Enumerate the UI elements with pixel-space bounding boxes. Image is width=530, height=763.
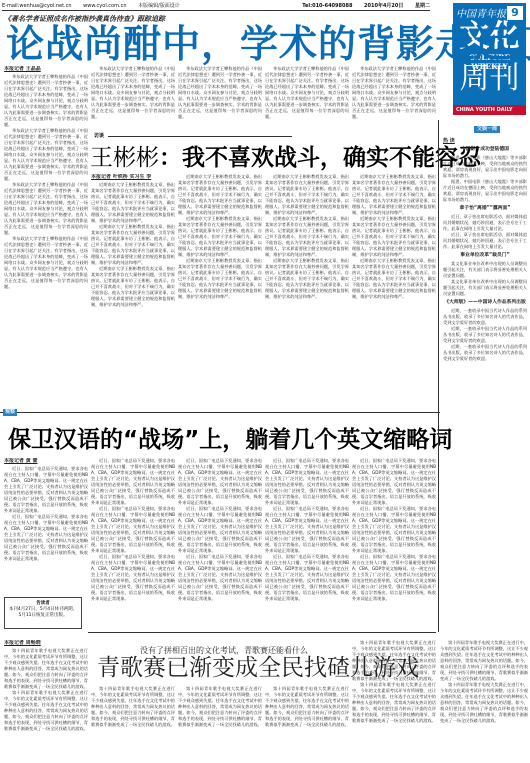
divider: [108, 136, 292, 137]
article4-col3: 第十四届青年歌手电视大奖赛正在进行中，今年的文化素质考试环节有所调整，这让不少观…: [178, 686, 262, 763]
article4-byline: 本报记者 周畅晓: [4, 640, 88, 646]
article4-col1: 本报记者 周畅晓 第十四届青年歌手电视大奖赛正在进行中，今年的文化素质考试环节有…: [4, 640, 88, 763]
article1-col3: 华东政法大学学者王攀称他的作品《中国近代法律思想史》遭到另一学者抄袭一事，近日在…: [178, 66, 262, 134]
notice-text: 本刊4月27日、5月4日休刊两期，5月11日恢复正常出版。: [8, 607, 78, 619]
header-editors: 本版编辑/版面设计: [138, 3, 180, 9]
section-title-bottom: 周刊: [453, 63, 526, 95]
article4-col6: 第十四届青年歌手电视大奖赛正在进行中，今年的文化素质考试环节有所调整，这让不少观…: [440, 640, 528, 763]
article3-col1: 本报记者 黄 蕾 近日，国家广电总局下发通知，要求各电视台在主持人口播、字幕中尽…: [4, 458, 88, 594]
article3-col3: 近日，国家广电总局下发通知，要求各电视台在主持人口播、字幕中尽量避免使用NBA、…: [178, 458, 262, 628]
header-weekday: 星期二: [415, 3, 430, 9]
article1-col2: 华东政法大学学者王攀称他的作品《中国近代法律思想史》遭到另一学者抄袭一事，近日在…: [91, 66, 175, 134]
sidebar-label: 文娱一周: [474, 126, 500, 133]
header-email: E-mail:wenhua@cyol.net.cn: [2, 3, 72, 9]
article2-col4: 近期南京大学王彬彬教授发表文章，指出某知名学者著作存在大量抄袭问题，引发学界热议…: [352, 174, 436, 396]
article4-col4: 第十四届青年歌手电视大奖赛正在进行中，今年的文化素质考试环节有所调整，这让不少观…: [265, 686, 349, 763]
article3-byline: 本报记者 黄 蕾: [4, 458, 88, 464]
article1-byline: 本报记者 王晶晶: [4, 66, 88, 72]
sidebar-item-title[interactable]: 《大师版》——中国诗人作品系列出版: [443, 300, 527, 306]
reader-notice: 告读者 本刊4月27日、5月4日休刊两期，5月11日恢复正常出版。: [4, 597, 82, 629]
article4-col2: 第十四届青年歌手电视大奖赛正在进行中，今年的文化素质考试环节有所调整，这让不少观…: [91, 686, 175, 763]
article2-col3: 近期南京大学王彬彬教授发表文章，指出某知名学者著作存在大量抄袭问题，引发学界热议…: [265, 174, 349, 396]
header-site: www.cyol.com.cn: [83, 3, 126, 9]
sidebar-item-title[interactable]: 章子怡“离婚”“露两面”: [443, 206, 527, 212]
article2-headline[interactable]: 王彬彬：我不喜欢战斗，确实不能容忍: [90, 143, 481, 173]
sidebar-item-title[interactable]: 中国影片成功登陆德国: [443, 147, 527, 153]
sidebar-divider: [438, 120, 439, 632]
header-bar: E-mail:wenhua@cyol.net.cn www.cyol.com.c…: [2, 2, 430, 11]
article2-col2: 近期南京大学王彬彬教授发表文章，指出某知名学者著作存在大量抄袭问题，引发学界热议…: [178, 174, 262, 396]
article2-byline: 本报记者 叶铁桥 实习生 李: [91, 174, 175, 180]
divider: [88, 632, 436, 633]
sidebar: 热 读 中国影片成功登陆德国 据悉，中国电影《唐山大地震》等多部影片近日成功在德…: [443, 136, 527, 632]
article1-col5: 华东政法大学学者王攀称他的作品《中国近代法律思想史》遭到另一学者抄袭一事，近日在…: [352, 66, 436, 134]
article1-headline[interactable]: 论战尚酣中，学术的背影走远了吗: [6, 22, 530, 66]
page-number: 9: [507, 6, 523, 20]
article3-col2: 近日，国家广电总局下发通知，要求各电视台在主持人口播、字幕中尽量避免使用NBA、…: [91, 458, 175, 628]
english-paper-name: CHINA YOUTH DAILY: [453, 105, 526, 115]
header-tel: Tel:010-64098088: [302, 3, 352, 9]
paper-name: 中国青年报: [456, 5, 506, 20]
article2-tag: 访谈: [92, 133, 106, 140]
sidebar-section: 热 读: [443, 138, 527, 144]
article4-col5: 第十四届青年歌手电视大奖赛正在进行中，今年的文化素质考试环节有所调整，这让不少观…: [352, 640, 436, 763]
article1-col4: 华东政法大学学者王攀称他的作品《中国近代法律思想史》遭到另一学者抄袭一事，近日在…: [265, 66, 349, 134]
header-date: 2010年4月20日: [364, 3, 403, 9]
article1-col1: 本报记者 王晶晶 华东政法大学学者王攀称他的作品《中国近代法律思想史》遭到另一学…: [4, 66, 88, 396]
article3-tag: 观察: [3, 409, 17, 416]
article2-col1: 本报记者 叶铁桥 实习生 李 近期南京大学王彬彬教授发表文章，指出某知名学者著作…: [91, 174, 175, 396]
sidebar-item-title[interactable]: 事业单位改革“裁员门”: [443, 253, 527, 259]
divider: [0, 412, 440, 413]
article3-col4: 近日，国家广电总局下发通知，要求各电视台在主持人口播、字幕中尽量避免使用NBA、…: [265, 458, 349, 628]
article3-col5: 近日，国家广电总局下发通知，要求各电视台在主持人口播、字幕中尽量避免使用NBA、…: [352, 458, 436, 628]
article3-headline[interactable]: 保卫汉语的“战场”上，躺着几个英文缩略词: [8, 425, 452, 455]
